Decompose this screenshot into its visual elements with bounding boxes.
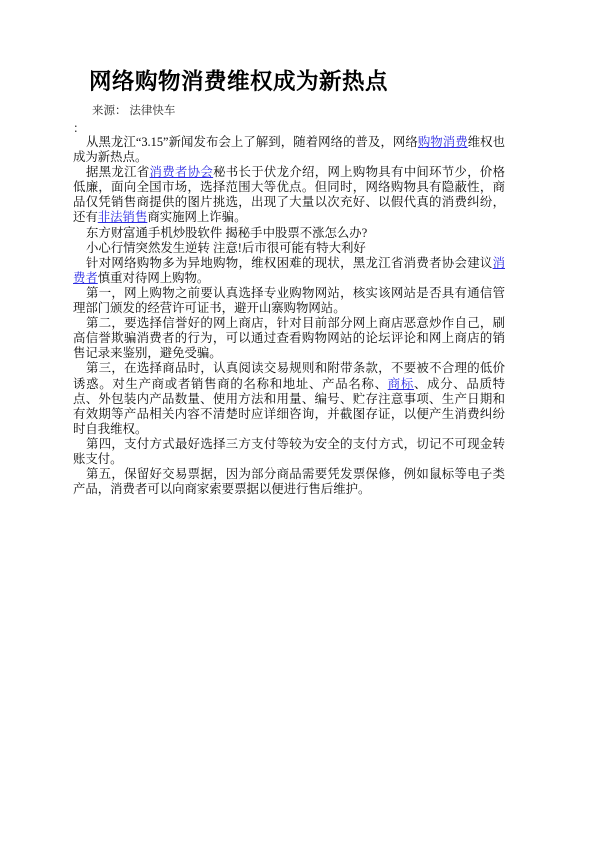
article-source: 来源： 法律快车 xyxy=(92,104,175,118)
article-body: 从黑龙江“3.15”新闻发布会上了解到，随着网络的普及，网络购物消费维权也成为新… xyxy=(73,135,505,497)
text-segment: 慎重对待网上购物。 xyxy=(98,271,210,285)
paragraph: 第一，网上购物之前要认真选择专业购物网站，核实该网站是否具有通信管理部门颁发的经… xyxy=(73,286,505,316)
text-segment: 针对网络购物多为异地购物，维权困难的现状，黑龙江省消费者协会建议 xyxy=(86,256,493,270)
inline-link[interactable]: 商标 xyxy=(388,377,414,391)
paragraph: 第四，支付方式最好选择三方支付等较为安全的支付方式，切记不可现金转账支付。 xyxy=(73,437,505,467)
text-segment: 小心行情突然发生逆转 注意!后市很可能有特大利好 xyxy=(86,241,366,255)
paragraph: 小心行情突然发生逆转 注意!后市很可能有特大利好 xyxy=(73,241,505,256)
paragraph: 第三，在选择商品时，认真阅读交易规则和附带条款，不要被不合理的低价诱惑。对生产商… xyxy=(73,361,505,436)
paragraph: 据黑龙江省消费者协会秘书长于伏龙介绍，网上购物具有中间环节少，价格低廉，面向全国… xyxy=(73,165,505,225)
text-segment: 第一，网上购物之前要认真选择专业购物网站，核实该网站是否具有通信管理部门颁发的经… xyxy=(73,286,505,315)
paragraph: 从黑龙江“3.15”新闻发布会上了解到，随着网络的普及，网络购物消费维权也成为新… xyxy=(73,135,505,165)
paragraph: 东方财富通手机炒股软件 揭秘手中股票不涨怎么办? xyxy=(73,226,505,241)
document-page: 网络购物消费维权成为新热点 来源： 法律快车 ： 从黑龙江“3.15”新闻发布会… xyxy=(0,0,595,842)
text-segment: 东方财富通手机炒股软件 揭秘手中股票不涨怎么办? xyxy=(86,226,367,240)
text-segment: 第二，要选择信誉好的网上商店，针对目前部分网上商店恶意炒作自己，刷高信誉欺骗消费… xyxy=(73,316,505,360)
text-segment: 第五，保留好交易票据，因为部分商品需要凭发票保修，例如鼠标等电子类产品，消费者可… xyxy=(73,467,505,496)
inline-link[interactable]: 消费者协会 xyxy=(150,165,214,179)
text-segment: 据黑龙江省 xyxy=(86,165,150,179)
text-segment: 从黑龙江“3.15”新闻发布会上了解到，随着网络的普及，网络 xyxy=(86,135,418,149)
inline-link[interactable]: 购物消费 xyxy=(418,135,468,149)
paragraph: 第二，要选择信誉好的网上商店，针对目前部分网上商店恶意炒作自己，刷高信誉欺骗消费… xyxy=(73,316,505,361)
text-segment: 第四，支付方式最好选择三方支付等较为安全的支付方式，切记不可现金转账支付。 xyxy=(73,437,505,466)
paragraph: 针对网络购物多为异地购物，维权困难的现状，黑龙江省消费者协会建议消费者慎重对待网… xyxy=(73,256,505,286)
paragraph: 第五，保留好交易票据，因为部分商品需要凭发票保修，例如鼠标等电子类产品，消费者可… xyxy=(73,467,505,497)
inline-link[interactable]: 非法销售 xyxy=(98,210,148,224)
text-segment: 商实施网上诈骗。 xyxy=(147,210,246,224)
article-title: 网络购物消费维权成为新热点 xyxy=(89,68,388,96)
colon-line: ： xyxy=(73,121,85,135)
